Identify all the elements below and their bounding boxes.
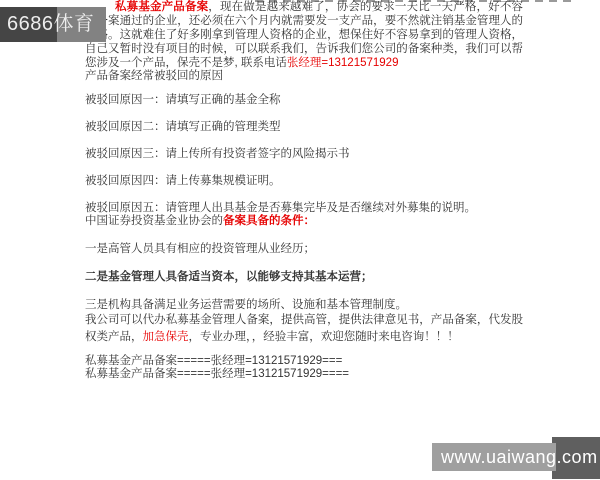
conditions-list: 一是高管人员具有相应的投资管理从业经历； 二是基金管理人具备适当资本，以能够支持… (85, 243, 523, 312)
contact-phone: 张经理=13121571929 (287, 57, 399, 69)
rejection-title: 产品备案经常被驳回的原因 (85, 70, 523, 83)
watermark-6686-label: 6686体育 (0, 7, 106, 42)
conditions-title-prefix: 中国证券投资基金业协会的 (85, 215, 223, 227)
article-page: 私募基金产品备案，现在做是越来越难了，协会的要求一天比一天严格，好不容易备案通过… (0, 0, 600, 480)
rejection-item-2: 被驳回原因二：请填写正确的管理类型 (85, 121, 523, 134)
watermark-uaiwang-label: www.uaiwang.com (441, 446, 598, 468)
conditions-title: 中国证券投资基金业协会的备案具备的条件： (85, 215, 523, 228)
rejection-item-4: 被驳回原因四：请上传募集规模证明。 (85, 175, 523, 188)
rejection-item-1: 被驳回原因一：请填写正确的基金全称 (85, 94, 523, 107)
footer-contact-line-2: 私募基金产品备案=====张经理=13121571929==== (85, 368, 523, 381)
conditions-item-1: 一是高管人员具有相应的投资管理从业经历； (85, 243, 523, 256)
rejection-list: 被驳回原因一：请填写正确的基金全称 被驳回原因二：请填写正确的管理类型 被驳回原… (85, 94, 523, 215)
conditions-title-highlight: 备案具备的条件： (223, 215, 315, 227)
intro-paragraph: 私募基金产品备案，现在做是越来越难了，协会的要求一天比一天严格，好不容易备案通过… (85, 0, 523, 70)
services-paragraph: 我公司可以代办私募基金管理人备案，提供高管，提供法律意见书，产品备案，代发股权类… (85, 312, 523, 346)
urgent-shell-highlight: 加急保壳 (143, 331, 189, 343)
rejection-item-3: 被驳回原因三：请上传所有投资者签字的风险揭示书 (85, 148, 523, 161)
services-text-2: ，专业办理，，经验丰富，欢迎您随时来电咨询！！！ (189, 331, 459, 343)
conditions-item-3: 三是机构具备满足业务运营需要的场所、设施和基本管理制度。 (85, 299, 523, 312)
rejection-item-5: 被驳回原因五：请管理人出具基金是否募集完毕及是否继续对外募集的说明。 (85, 202, 523, 215)
intro-highlight: 私募基金产品备案 (115, 1, 208, 13)
conditions-item-2: 二是基金管理人具备适当资本，以能够支持其基本运营； (85, 271, 523, 284)
article-content: 私募基金产品备案，现在做是越来越难了，协会的要求一天比一天严格，好不容易备案通过… (85, 0, 523, 381)
watermark-6686-sports: 6686体育 (0, 7, 106, 42)
footer-contact-line-1: 私募基金产品备案=====张经理=13121571929=== (85, 355, 523, 368)
